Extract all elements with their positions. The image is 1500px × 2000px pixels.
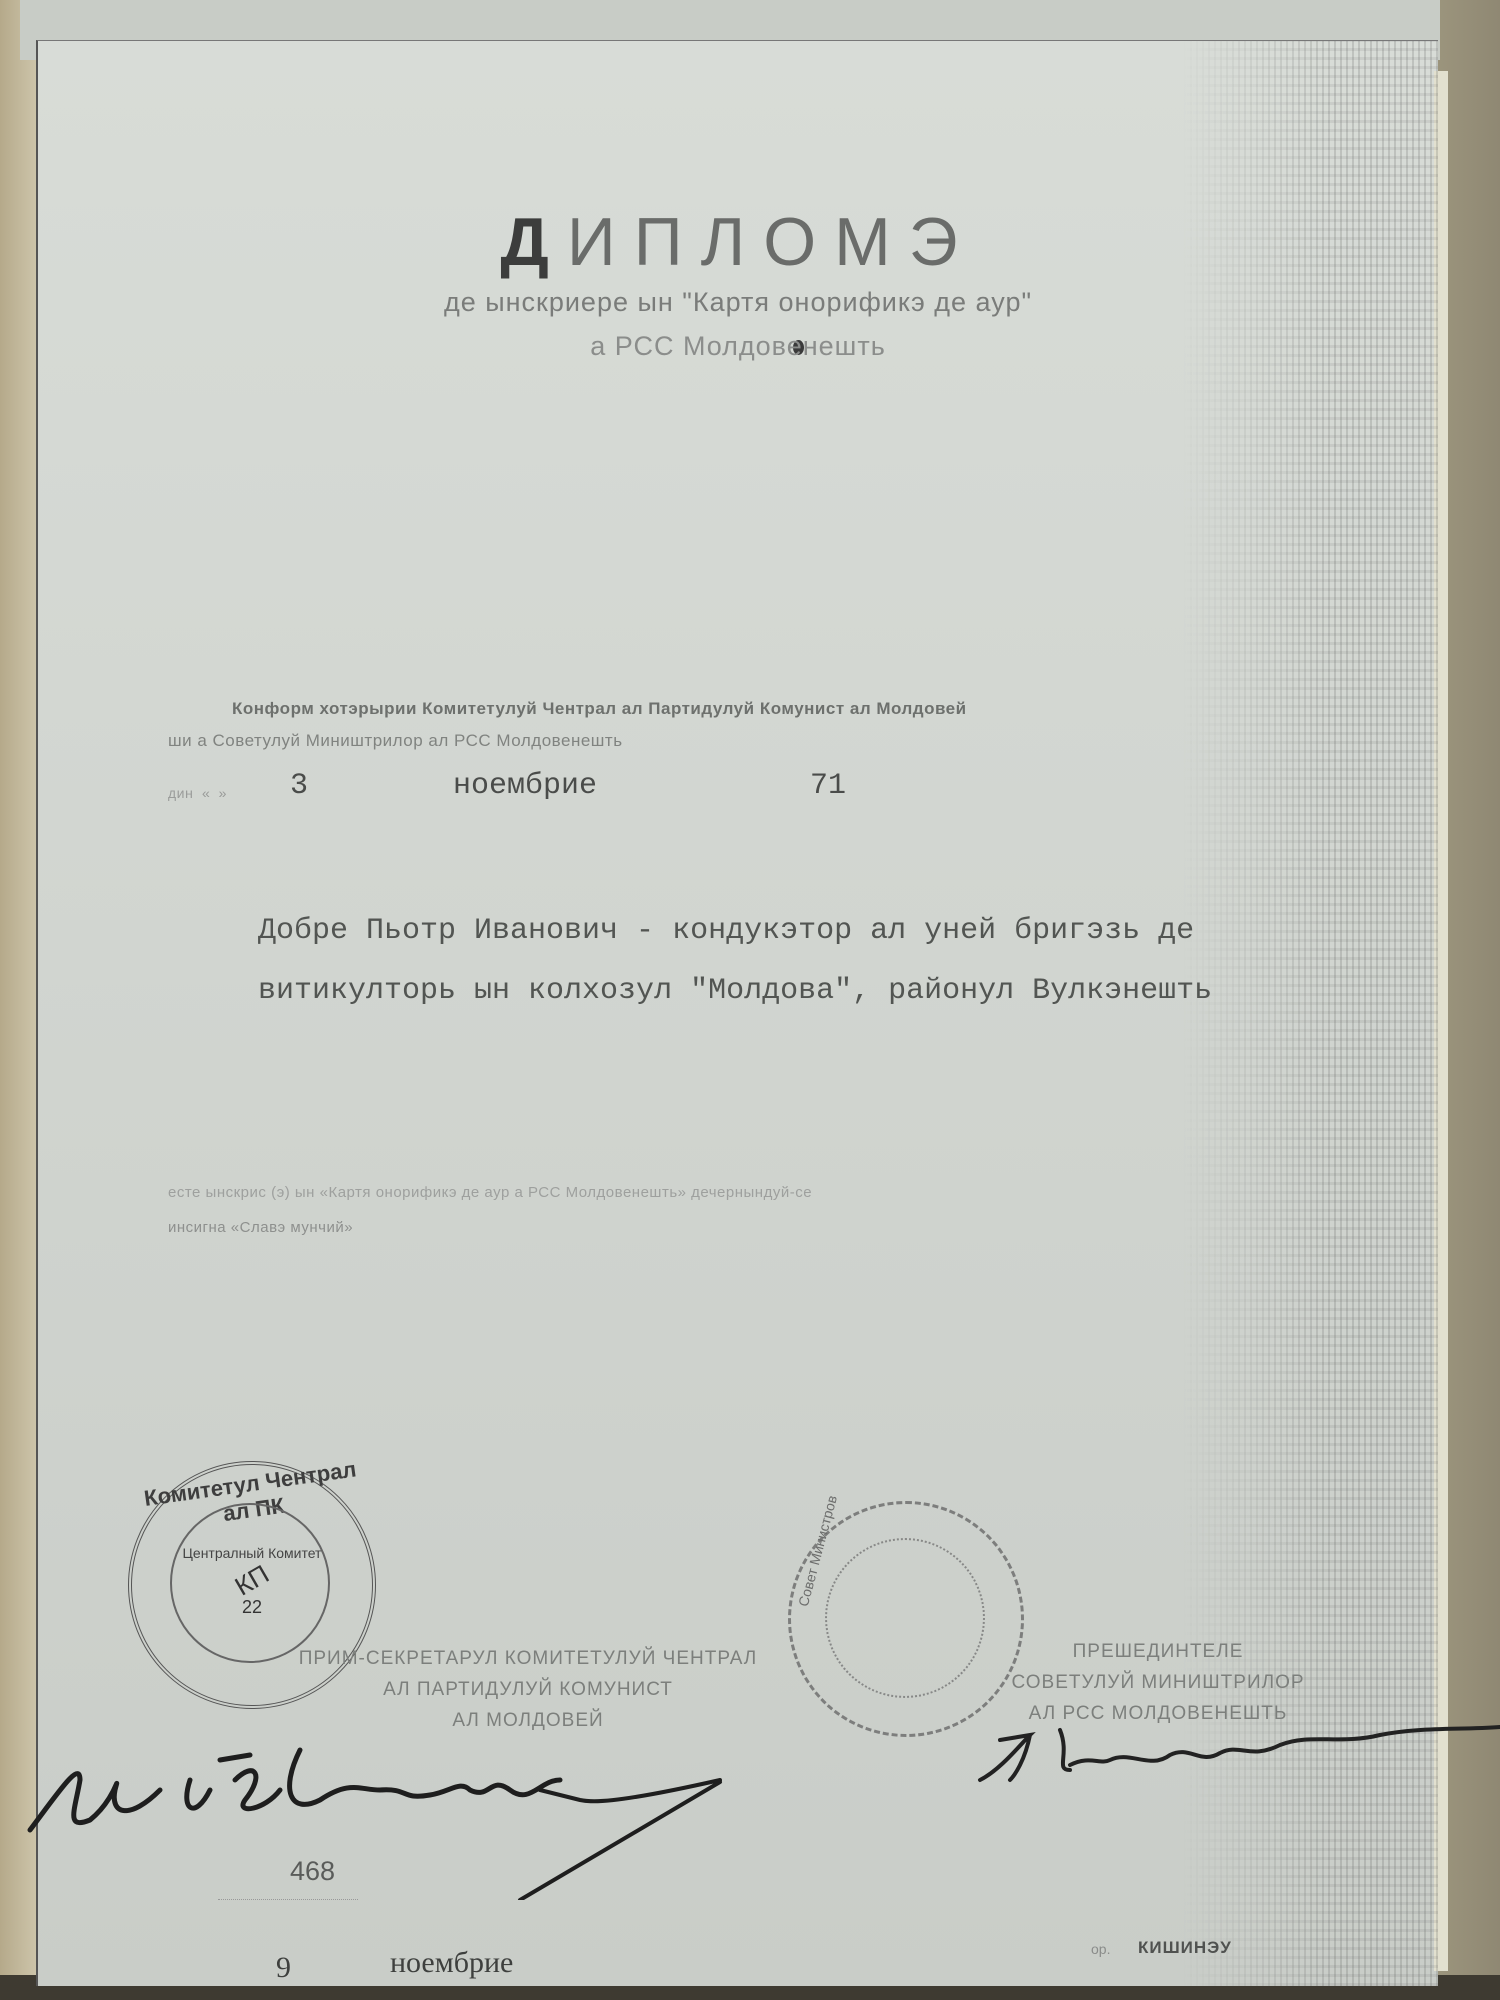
decision-text-line-2: ши а Советулуй Миништрилор ал РСС Молдов… <box>168 731 623 751</box>
issue-day: 9 <box>276 1951 291 1985</box>
subtitle-line-1: де ынскриере ын "Картя онорификэ де аур" <box>38 287 1438 318</box>
decision-date: дин « » 3 ноембрие 71 <box>168 769 968 809</box>
left-handwritten-signature <box>20 1720 740 1900</box>
signatory-line: ПРЕШЕДИНТЕЛЕ <box>938 1636 1378 1667</box>
title-initial: Д <box>500 204 566 280</box>
issue-month: ноембрие <box>390 1946 513 1980</box>
issue-place-prefix: ор. <box>1091 1941 1110 1957</box>
issue-place: КИШИНЭУ <box>1138 1938 1232 1958</box>
signatory-line: ПРИМ-СЕКРЕТАРУЛ КОМИТЕТУЛУЙ ЧЕНТРАЛ <box>288 1643 768 1674</box>
recipient-line-1: Добре Пьотр Иванович - кондукэтор ал уне… <box>258 901 1358 961</box>
award-text-line-1: есте ынскрис (э) ын «Картя онорификэ де … <box>168 1184 812 1201</box>
signatory-line: АЛ ПАРТИДУЛУЙ КОМУНИСТ <box>288 1674 768 1705</box>
date-year: 71 <box>810 769 846 803</box>
date-label: дин « » <box>168 787 227 803</box>
background-surface-left <box>0 0 40 2000</box>
seal-number: 22 <box>132 1597 372 1618</box>
document-title: ДИПЛОМЭ <box>38 203 1438 281</box>
recipient-line-2: витикулторь ын колхозул "Молдова", район… <box>258 961 1358 1021</box>
decision-text-line-1: Конформ хотэрырии Комитетулуй Чентрал ал… <box>232 699 967 719</box>
award-text-line-2: инсигна «Славэ мунчий» <box>168 1219 353 1236</box>
recipient-text: Добре Пьотр Иванович - кондукэтор ал уне… <box>258 901 1358 1021</box>
title-rest: ИПЛОМЭ <box>567 204 976 280</box>
right-handwritten-signature <box>960 1715 1500 1795</box>
date-day: 3 <box>290 769 308 803</box>
diploma-page: ДИПЛОМЭ де ынскриере ын "Картя онорификэ… <box>36 40 1438 1986</box>
subtitle-line-2: а РСС Молдовенешть <box>38 331 1438 362</box>
date-month: ноембрие <box>453 769 597 803</box>
signatory-line: СОВЕТУЛУЙ МИНИШТРИЛОР <box>938 1667 1378 1698</box>
